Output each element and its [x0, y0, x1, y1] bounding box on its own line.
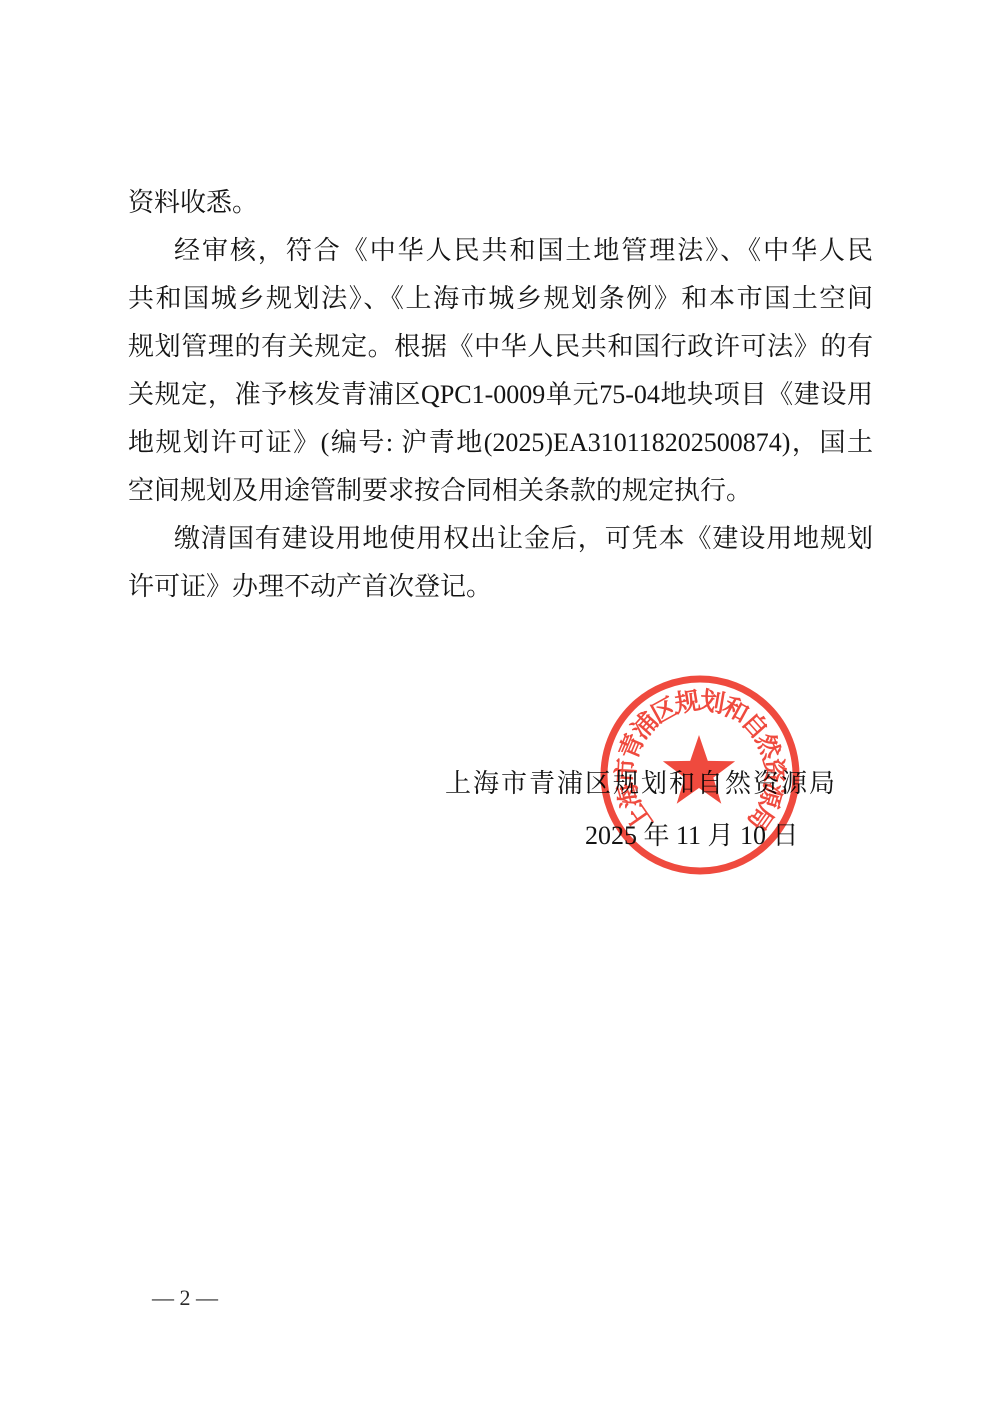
svg-text:自: 自	[736, 707, 774, 744]
body-line: 空间规划及用途管制要求按合同相关条款的规定执行。	[128, 467, 873, 515]
body-line: 资料收悉。	[128, 179, 873, 227]
body-line: 许可证》办理不动产首次登记。	[128, 563, 873, 611]
body-line: 地规划许可证》(编号: 沪青地(2025)EA310118202500874)，…	[128, 419, 873, 467]
body-line: 共和国城乡规划法》、《上海市城乡规划条例》和本市国土空间	[128, 275, 873, 323]
page-number: — 2 —	[152, 1280, 218, 1316]
svg-text:区: 区	[647, 692, 682, 729]
svg-text:划: 划	[698, 687, 727, 719]
body-line: 规划管理的有关规定。根据《中华人民共和国行政许可法》的有	[128, 323, 873, 371]
svg-text:青: 青	[614, 730, 649, 764]
document-body: 资料收悉。 经审核，符合《中华人民共和国土地管理法》、《中华人民 共和国城乡规划…	[128, 179, 873, 611]
svg-text:和: 和	[718, 692, 753, 729]
body-line: 经审核，符合《中华人民共和国土地管理法》、《中华人民	[128, 227, 873, 275]
signature-agency: 上海市青浦区规划和自然资源局	[445, 760, 837, 808]
svg-text:浦: 浦	[627, 707, 665, 744]
svg-text:规: 规	[673, 686, 703, 719]
signature-date: 2025 年 11 月 10 日	[585, 812, 799, 860]
document-page: 资料收悉。 经审核，符合《中华人民共和国土地管理法》、《中华人民 共和国城乡规划…	[0, 0, 992, 1403]
body-line: 关规定，准予核发青浦区QPC1-0009单元75-04地块项目《建设用	[128, 371, 873, 419]
body-line: 缴清国有建设用地使用权出让金后，可凭本《建设用地规划	[128, 515, 873, 563]
